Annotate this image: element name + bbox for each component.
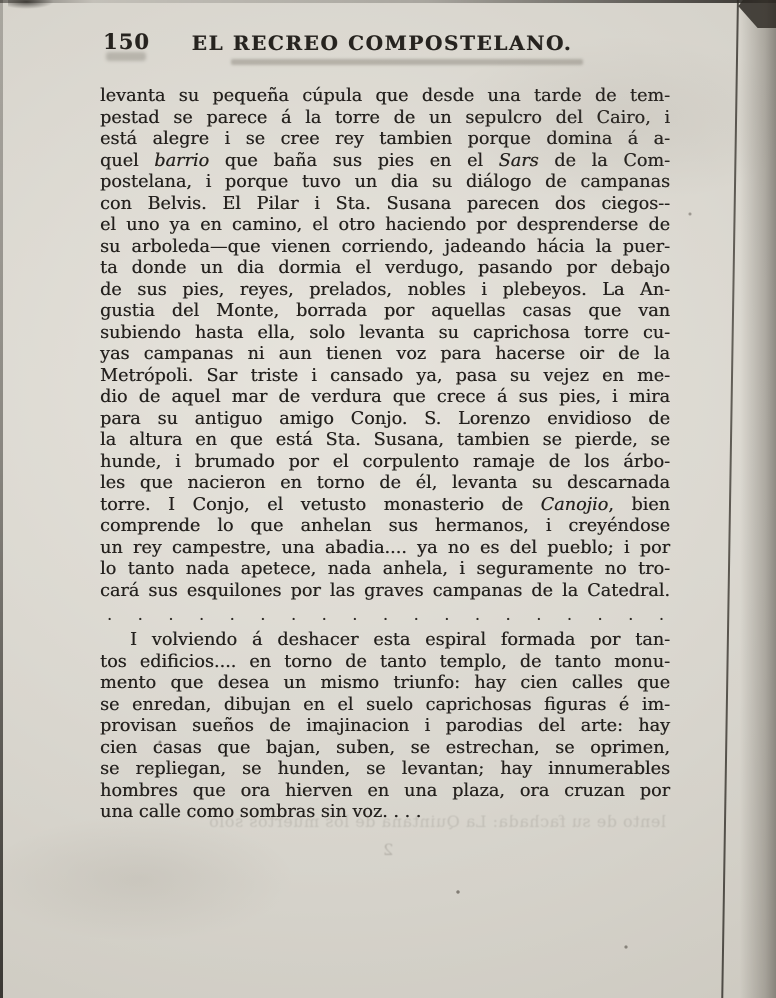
text-line: para su antiguo amigo Conjo. S. Lorenzo … — [100, 409, 670, 431]
text-line: les que nacieron en torno de él, levanta… — [100, 473, 670, 495]
text-line: se repliegan, se hunden, se levantan; ha… — [100, 759, 670, 781]
text-line: cien casas que bajan, suben, se estrecha… — [100, 738, 670, 760]
scan-topleft-mark — [8, 0, 54, 9]
text-line: tos edificios.... en torno de tanto temp… — [100, 652, 670, 674]
text-block: levanta su pequeña cúpula que desde una … — [100, 86, 670, 824]
scanned-book-page: 150 EL RECREO COMPOSTELANO. levanta su p… — [0, 0, 776, 998]
text-line: está alegre i se cree rey tambien porque… — [100, 129, 670, 151]
scan-top-edge-shadow — [0, 0, 776, 3]
text-line: hombres que ora hierven en una plaza, or… — [100, 781, 670, 803]
text-line: la altura en que está Sta. Susana, tambi… — [100, 430, 670, 452]
text-line: comprende lo que anhelan sus hermanos, i… — [100, 516, 670, 538]
text-line: un rey campestre, una abadia.... ya no e… — [100, 538, 670, 560]
bleed-through-text: lento de su fachada: La Quintana de los … — [108, 812, 666, 831]
text-line: de sus pies, reyes, prelados, nobles i p… — [100, 280, 670, 302]
text-line: mento que desea un mismo triunfo: hay ci… — [100, 673, 670, 695]
text-line: cará sus esquilones por las graves campa… — [100, 581, 670, 603]
text-line: postelana, i porque tuvo un dia su diálo… — [100, 172, 670, 194]
page-gutter-shadow — [740, 0, 776, 998]
text-line: levanta su pequeña cúpula que desde una … — [100, 86, 670, 108]
text-line: su arboleda—que vienen corriendo, jadean… — [100, 237, 670, 259]
title-rule — [231, 59, 583, 65]
running-head-title: EL RECREO COMPOSTELANO. — [0, 31, 764, 55]
text-line: se enredan, dibujan en el suelo capricho… — [100, 695, 670, 717]
text-line: hunde, i brumado por el corpulento ramaj… — [100, 452, 670, 474]
scan-left-edge-shadow — [0, 0, 3, 998]
text-line: yas campanas ni aun tienen voz para hace… — [100, 344, 670, 366]
text-line: subiendo hasta ella, solo levanta su cap… — [100, 323, 670, 345]
text-line: lo tanto nada apetece, nada anhela, i se… — [100, 559, 670, 581]
text-line: Metrópoli. Sar triste i cansado ya, pasa… — [100, 366, 670, 388]
text-line: I volviendo á deshacer esta espiral form… — [100, 630, 670, 652]
text-line: con Belvis. El Pilar i Sta. Susana parec… — [100, 194, 670, 216]
text-line: pestad se parece á la torre de un sepulc… — [100, 108, 670, 130]
page-edge-fold-line — [721, 0, 739, 998]
text-line: dio de aquel mar de verdura que crece á … — [100, 387, 670, 409]
section-separator-dots: ................... — [100, 605, 670, 625]
text-line: provisan sueños de imajinacion i parodia… — [100, 716, 670, 738]
text-line: quel barrio que baña sus pies en el Sars… — [100, 151, 670, 173]
text-line: el uno ya en camino, el otro haciendo po… — [100, 215, 670, 237]
text-line: torre. I Conjo, el vetusto monasterio de… — [100, 495, 670, 517]
text-line: gustia del Monte, borrada por aquellas c… — [100, 301, 670, 323]
signature-mark: 2 — [383, 840, 393, 859]
text-line: ta donde un dia dormia el verdugo, pasan… — [100, 258, 670, 280]
